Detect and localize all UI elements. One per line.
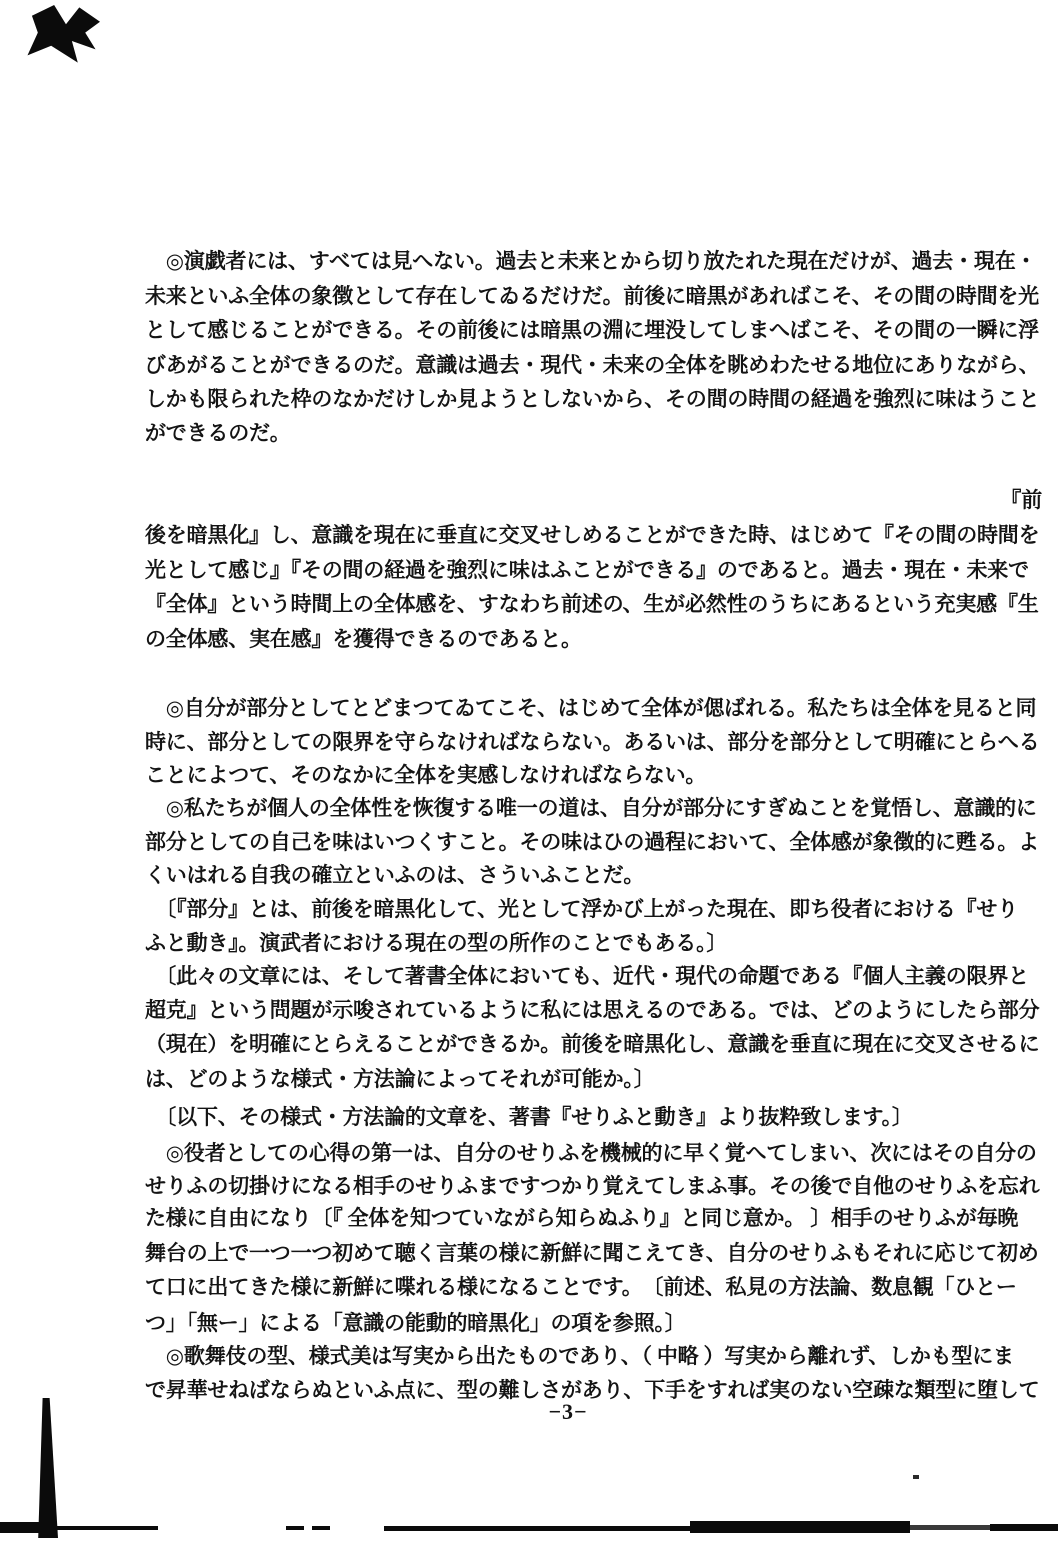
text-line: 舞台の上で一つ一つ初めて聴く言葉の様に新鮮に聞こえてき、自分のせりふもそれに応じ… <box>145 1240 1042 1270</box>
text-line: 部分としての自己を味はいつくすこと。その味はひの過程において、全体感が象徴的に甦… <box>145 829 1042 859</box>
text-line: ◎演戯者には、すべては見へない。過去と未来とから切り放たれた現在だけが、過去・現… <box>145 248 1042 278</box>
text-line: 超克』という問題が示唆されているように私には思えるのである。では、どのようにした… <box>145 997 1042 1027</box>
text-line: ◎私たちが個人の全体性を恢復する唯一の道は、自分が部分にすぎぬことを覚悟し、意識… <box>145 795 1042 825</box>
text-line: た様に自由になり〔『 全体を知つていながら知らぬふり』と同じ意か。 〕相手のせり… <box>145 1205 1042 1235</box>
text-line: て口に出てきた様に新鮮に喋れる様になることです。 〔前述、私見の方法論、数息観「… <box>145 1274 1042 1304</box>
text-line: ふと動き』。演武者における現在の型の所作のことでもある。〕 <box>145 930 1042 960</box>
body-text: ◎演戯者には、すべては見へない。過去と未来とから切り放たれた現在だけが、過去・現… <box>0 0 1058 1541</box>
text-line: 〔此々の文章には、そして著書全体においても、近代・現代の命題である『個人主義の限… <box>145 963 1042 993</box>
text-line: せりふの切掛けになる相手のせりふまですつかり覚えてしまふ事。その後で自他のせりふ… <box>145 1173 1042 1203</box>
text-line: 〔以下、その様式・方法論的文章を、著書『せりふと動き』より抜粋致します。〕 <box>145 1104 1042 1134</box>
text-line: ができるのだ。 <box>145 420 1042 450</box>
text-line: 『前 <box>145 487 1042 517</box>
page-number: −3− <box>538 1399 598 1425</box>
text-line: 後を暗黒化』し、意識を現在に垂直に交叉せしめることができた時、はじめて『その間の… <box>145 522 1042 552</box>
text-line: くいはれる自我の確立といふのは、さういふことだ。 <box>145 862 1042 892</box>
text-line: ◎自分が部分としてとどまつてゐてこそ、はじめて全体が偲ばれる。私たちは全体を見る… <box>145 695 1042 725</box>
text-line: （現在）を明確にとらえることができるか。前後を暗黒化し、意識を垂直に現在に交叉さ… <box>145 1031 1042 1061</box>
text-line: として感じることができる。その前後には暗黒の淵に埋没してしまへばこそ、その間の一… <box>145 317 1042 347</box>
document-page: ◎演戯者には、すべては見へない。過去と未来とから切り放たれた現在だけが、過去・現… <box>0 0 1058 1541</box>
text-line: 時に、部分としての限界を守らなければならない。あるいは、部分を部分として明確にと… <box>145 729 1042 759</box>
text-line: の全体感、実在感』を獲得できるのであると。 <box>145 626 1042 656</box>
text-line: 『全体』という時間上の全体感を、すなわち前述の、生が必然性のうちにあるという充実… <box>145 591 1042 621</box>
text-line: しかも限られた枠のなかだけしか見ようとしないから、その間の時間の経過を強烈に味は… <box>145 386 1042 416</box>
text-line: 未来といふ全体の象徴として存在してゐるだけだ。前後に暗黒があればこそ、その間の時… <box>145 283 1042 313</box>
text-line: ◎歌舞伎の型、様式美は写実から出たものであり、（ 中略 ）写実から離れず、しかも… <box>145 1343 1042 1373</box>
text-line: ◎役者としての心得の第一は、自分のせりふを機械的に早く覚へてしまい、次にはその自… <box>145 1140 1042 1170</box>
text-line: びあがることができるのだ。意識は過去・現代・未来の全体を眺めわたせる地位にありな… <box>145 352 1042 382</box>
text-line: は、どのような様式・方法論によってそれが可能か。〕 <box>145 1066 1042 1096</box>
text-line: 〔『部分』とは、前後を暗黒化して、光として浮かび上がった現在、即ち役者における『… <box>145 896 1042 926</box>
text-line: ことによつて、そのなかに全体を実感しなければならない。 <box>145 762 1042 792</box>
text-line: つ」「無ー」による「意識の能動的暗黒化」の項を参照。〕 <box>145 1310 1042 1340</box>
text-line: 光として感じ』『その間の経過を強烈に味はふことができる』のであると。過去・現在・… <box>145 557 1042 587</box>
